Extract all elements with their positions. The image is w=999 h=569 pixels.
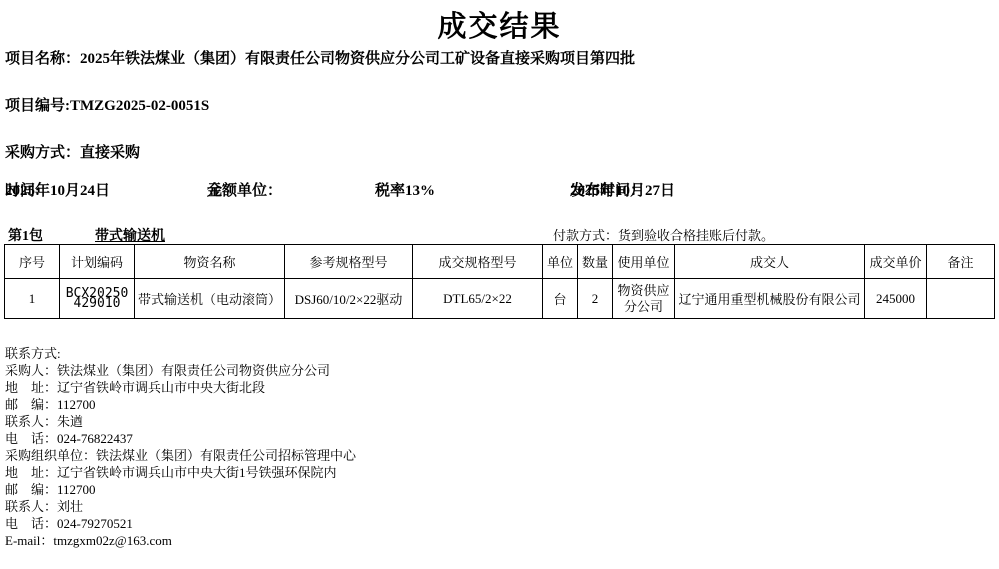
- project-code-label: 项目编号:: [5, 98, 70, 114]
- page-title: 成交结果: [0, 4, 999, 45]
- meta-row: 时间:2025年10月24日 金额单位：元 税率13% 发布时间：2025年10…: [0, 179, 999, 199]
- purchase-method-label: 采购方式：: [5, 145, 80, 161]
- header-winner: 成交人: [675, 245, 865, 279]
- header-unit: 单位: [543, 245, 578, 279]
- purchase-method-value: 直接采购: [80, 145, 140, 161]
- header-remark: 备注: [927, 245, 995, 279]
- cell-unit-price: 245000: [865, 279, 927, 319]
- header-deal-spec: 成交规格型号: [413, 245, 543, 279]
- project-code-line: 项目编号:TMZG2025-02-0051S: [5, 94, 209, 115]
- header-reference-spec: 参考规格型号: [285, 245, 413, 279]
- header-using-unit: 使用单位: [613, 245, 675, 279]
- cell-reference-spec: DSJ60/10/2×22驱动: [285, 279, 413, 319]
- project-code-value: TMZG2025-02-0051S: [70, 98, 209, 114]
- result-document: 成交结果 项目名称：2025年铁法煤业（集团）有限责任公司物资供应分公司工矿设备…: [0, 0, 999, 569]
- header-seq: 序号: [5, 245, 60, 279]
- payment-terms: 付款方式：货到验收合格挂账后付款。: [553, 225, 774, 244]
- org-unit-line: 采购组织单位：铁法煤业（集团）有限责任公司招标管理中心: [5, 447, 356, 464]
- package-name: 带式输送机: [95, 225, 165, 245]
- cell-plan-code: BCX20250429010: [60, 279, 135, 319]
- cell-unit: 台: [543, 279, 578, 319]
- package-index: 第1包: [8, 225, 43, 245]
- cell-material-name: 带式输送机（电动滚筒）: [135, 279, 285, 319]
- purchaser-contact-person-line: 联系人：朱遒: [5, 413, 356, 430]
- tax-rate-field: 税率13%: [375, 179, 435, 200]
- purchaser-phone-line: 电 话：024-76822437: [5, 430, 356, 447]
- header-unit-price: 成交单价: [865, 245, 927, 279]
- header-plan-code: 计划编码: [60, 245, 135, 279]
- cell-winner: 辽宁通用重型机械股份有限公司: [675, 279, 865, 319]
- header-quantity: 数量: [578, 245, 613, 279]
- org-phone-line: 电 话：024-79270521: [5, 515, 356, 532]
- table-row: 1 BCX20250429010 带式输送机（电动滚筒） DSJ60/10/2×…: [5, 279, 995, 319]
- result-table: 序号 计划编码 物资名称 参考规格型号 成交规格型号 单位 数量 使用单位 成交…: [4, 244, 995, 319]
- package-row: 第1包 带式输送机 付款方式：货到验收合格挂账后付款。: [0, 225, 999, 244]
- project-name-label: 项目名称：: [5, 51, 80, 67]
- org-address-line: 地 址：辽宁省铁岭市调兵山市中央大街1号铁强环保院内: [5, 464, 356, 481]
- time-value: 2025年10月24日: [5, 179, 110, 200]
- contact-block: 联系方式: 采购人：铁法煤业（集团）有限责任公司物资供应分公司 地 址：辽宁省铁…: [5, 345, 356, 549]
- cell-quantity: 2: [578, 279, 613, 319]
- cell-seq: 1: [5, 279, 60, 319]
- project-name-line: 项目名称：2025年铁法煤业（集团）有限责任公司物资供应分公司工矿设备直接采购项…: [5, 47, 635, 68]
- cell-remark: [927, 279, 995, 319]
- purchaser-line: 采购人：铁法煤业（集团）有限责任公司物资供应分公司: [5, 362, 356, 379]
- cell-using-unit: 物资供应分公司: [613, 279, 675, 319]
- header-material-name: 物资名称: [135, 245, 285, 279]
- purchase-method-line: 采购方式：直接采购: [5, 141, 140, 162]
- cell-deal-spec: DTL65/2×22: [413, 279, 543, 319]
- project-name-value: 2025年铁法煤业（集团）有限责任公司物资供应分公司工矿设备直接采购项目第四批: [80, 51, 635, 67]
- purchaser-address-line: 地 址：辽宁省铁岭市调兵山市中央大街北段: [5, 379, 356, 396]
- org-zip-line: 邮 编：112700: [5, 481, 356, 498]
- purchaser-zip-line: 邮 编：112700: [5, 396, 356, 413]
- publish-time-value: 2025年10月27日: [570, 179, 675, 200]
- org-contact-person-line: 联系人：刘壮: [5, 498, 356, 515]
- email-line: E-mail：tmzgxm02z@163.com: [5, 532, 356, 549]
- contact-title: 联系方式:: [5, 345, 356, 362]
- amount-unit-value: 元: [207, 179, 222, 200]
- table-header-row: 序号 计划编码 物资名称 参考规格型号 成交规格型号 单位 数量 使用单位 成交…: [5, 245, 995, 279]
